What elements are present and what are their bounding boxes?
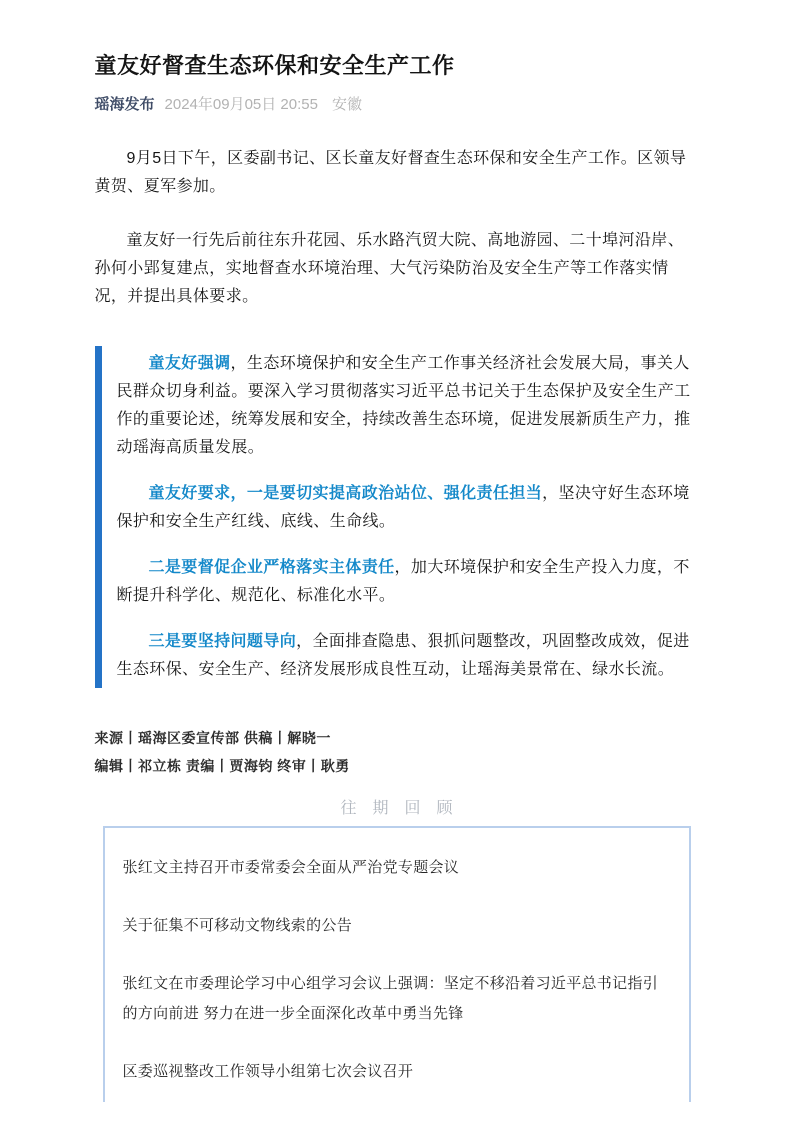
history-item-link[interactable]: 关于征集不可移动文物线索的公告 bbox=[123, 911, 671, 941]
quote-block: 童友好强调，生态环境保护和安全生产工作事关经济社会发展大局，事关人民群众切身利益… bbox=[95, 346, 699, 688]
history-item-link[interactable]: 区委巡视整改工作领导小组第七次会议召开 bbox=[123, 1057, 671, 1087]
publish-location: 安徽 bbox=[332, 94, 362, 115]
article-body: 9月5日下午，区委副书记、区长童友好督查生态环保和安全生产工作。区领导黄贺、夏军… bbox=[95, 145, 699, 311]
article-meta: 瑶海发布 2024年09月05日 20:55 安徽 bbox=[95, 94, 699, 115]
history-list: 张红文主持召开市委常委会全面从严治党专题会议 关于征集不可移动文物线索的公告 张… bbox=[103, 826, 691, 1102]
quote-paragraph: 童友好要求，一是要切实提高政治站位、强化责任担当，坚决守好生态环境保护和安全生产… bbox=[117, 480, 699, 536]
article-credits: 来源丨瑶海区委宣传部 供稿丨解晓一 编辑丨祁立栋 责编丨贾海钧 终审丨耿勇 bbox=[95, 724, 699, 780]
quote-paragraph: 童友好强调，生态环境保护和安全生产工作事关经济社会发展大局，事关人民群众切身利益… bbox=[117, 350, 699, 462]
quote-lead: 童友好强调 bbox=[149, 355, 231, 372]
publish-time: 2024年09月05日 20:55 bbox=[165, 94, 318, 115]
account-name[interactable]: 瑶海发布 bbox=[95, 94, 155, 115]
page-title: 童友好督查生态环保和安全生产工作 bbox=[95, 50, 699, 81]
quote-lead: 三是要坚持问题导向 bbox=[149, 633, 297, 650]
quote-paragraph: 二是要督促企业严格落实主体责任，加大环境保护和安全生产投入力度，不断提升科学化、… bbox=[117, 554, 699, 610]
credits-source-line: 来源丨瑶海区委宣传部 供稿丨解晓一 bbox=[95, 724, 699, 752]
article-page: 童友好督查生态环保和安全生产工作 瑶海发布 2024年09月05日 20:55 … bbox=[95, 0, 699, 1102]
history-section-title: 往期回顾 bbox=[95, 799, 699, 819]
history-item-link[interactable]: 张红文在市委理论学习中心组学习会议上强调：坚定不移沿着习近平总书记指引的方向前进… bbox=[123, 969, 671, 1029]
quote-paragraph: 三是要坚持问题导向，全面排查隐患、狠抓问题整改，巩固整改成效，促进生态环保、安全… bbox=[117, 628, 699, 684]
article-paragraph: 童友好一行先后前往东升花园、乐水路汽贸大院、高地游园、二十埠河沿岸、孙何小郢复建… bbox=[95, 227, 699, 311]
quote-lead: 二是要督促企业严格落实主体责任 bbox=[149, 559, 395, 576]
quote-lead: 童友好要求，一是要切实提高政治站位、强化责任担当 bbox=[149, 485, 543, 502]
article-paragraph: 9月5日下午，区委副书记、区长童友好督查生态环保和安全生产工作。区领导黄贺、夏军… bbox=[95, 145, 699, 201]
history-item-link[interactable]: 张红文主持召开市委常委会全面从严治党专题会议 bbox=[123, 853, 671, 883]
credits-editor-line: 编辑丨祁立栋 责编丨贾海钧 终审丨耿勇 bbox=[95, 752, 699, 780]
